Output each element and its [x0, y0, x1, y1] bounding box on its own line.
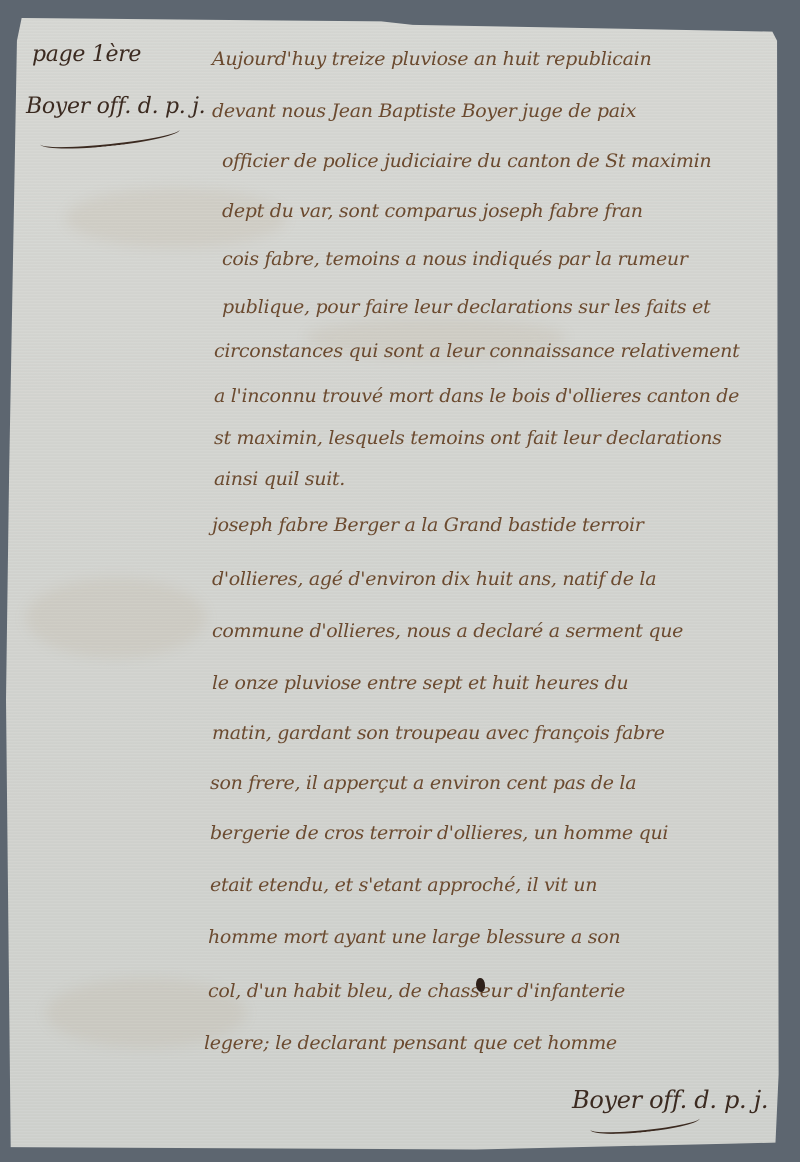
body-line: st maximin, lesquels temoins ont fait le…	[214, 427, 722, 449]
body-line: dept du var, sont comparus joseph fabre …	[222, 200, 643, 222]
body-line: d'ollieres, agé d'environ dix huit ans, …	[212, 568, 656, 590]
body-line: a l'inconnu trouvé mort dans le bois d'o…	[214, 385, 739, 407]
body-line: Aujourd'huy treize pluviose an huit repu…	[212, 48, 651, 70]
body-line: col, d'un habit bleu, de chasseur d'infa…	[208, 980, 625, 1002]
body-line: ainsi quil suit.	[214, 468, 345, 490]
body-line: joseph fabre Berger a la Grand bastide t…	[212, 514, 644, 536]
signature: Boyer off. d. p. j.	[572, 1086, 768, 1114]
body-line: le onze pluviose entre sept et huit heur…	[212, 672, 628, 694]
body-line: officier de police judiciaire du canton …	[222, 150, 711, 172]
body-line: publique, pour faire leur declarations s…	[222, 296, 710, 318]
body-line: circonstances qui sont a leur connaissan…	[214, 340, 739, 362]
margin-note-page-number: page 1ère	[32, 42, 141, 67]
body-line: etait etendu, et s'etant approché, il vi…	[210, 874, 597, 896]
paper-stain	[26, 578, 206, 658]
body-line: matin, gardant son troupeau avec françoi…	[212, 722, 665, 744]
body-line: commune d'ollieres, nous a declaré a ser…	[212, 620, 683, 642]
body-line: homme mort ayant une large blessure a so…	[208, 926, 620, 948]
margin-note-signature: Boyer off. d. p. j.	[26, 94, 205, 119]
body-line: legere; le declarant pensant que cet hom…	[204, 1032, 617, 1054]
body-line: cois fabre, temoins a nous indiqués par …	[222, 248, 688, 270]
body-line: bergerie de cros terroir d'ollieres, un …	[210, 822, 668, 844]
ink-blot	[476, 978, 485, 992]
body-line: son frere, il apperçut a environ cent pa…	[210, 772, 636, 794]
body-line: devant nous Jean Baptiste Boyer juge de …	[212, 100, 636, 122]
